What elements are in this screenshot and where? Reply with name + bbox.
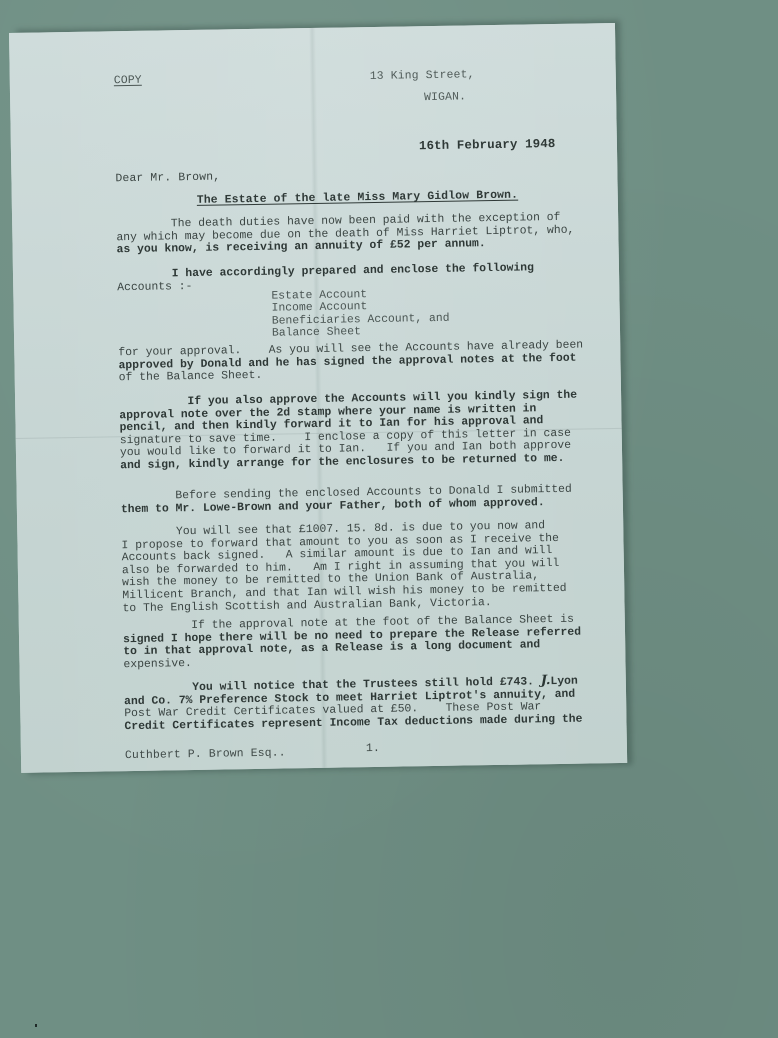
dust-speck [35, 1024, 37, 1027]
accounts-list: Estate Account Income Account Beneficiar… [271, 288, 450, 340]
letter-page: COPY 13 King Street, WIGAN. 16th Februar… [9, 23, 627, 773]
page-number: 1. [366, 743, 380, 756]
paragraph-amount-due: You will see that £1007. 15. 8d. is due … [121, 520, 567, 616]
letter-date: 16th February 1948 [419, 138, 556, 153]
list-item: Balance Sheet [272, 325, 450, 340]
paragraph-approval: for your approval. As you will see the A… [118, 340, 583, 385]
paragraph-trustees: You will notice that the Trustees still … [124, 675, 583, 734]
footer-recipient: Cuthbert P. Brown Esq.. [125, 748, 286, 763]
paragraph-death-duties: The death duties have now been paid with… [116, 212, 575, 257]
address-line-2: WIGAN. [424, 91, 466, 104]
paragraph-release: If the approval note at the foot of the … [123, 614, 582, 672]
address-line-1: 13 King Street, [370, 69, 475, 83]
copy-label: COPY [114, 75, 142, 88]
paragraph-submitted: Before sending the enclosed Accounts to … [121, 484, 573, 517]
salutation: Dear Mr. Brown, [115, 172, 220, 186]
subject-line: The Estate of the late Miss Mary Gidlow … [197, 190, 519, 208]
text-segment: Lyon [550, 676, 578, 688]
handwritten-correction: J. [541, 673, 551, 688]
paragraph-sign-request: If you also approve the Accounts will yo… [119, 390, 578, 473]
